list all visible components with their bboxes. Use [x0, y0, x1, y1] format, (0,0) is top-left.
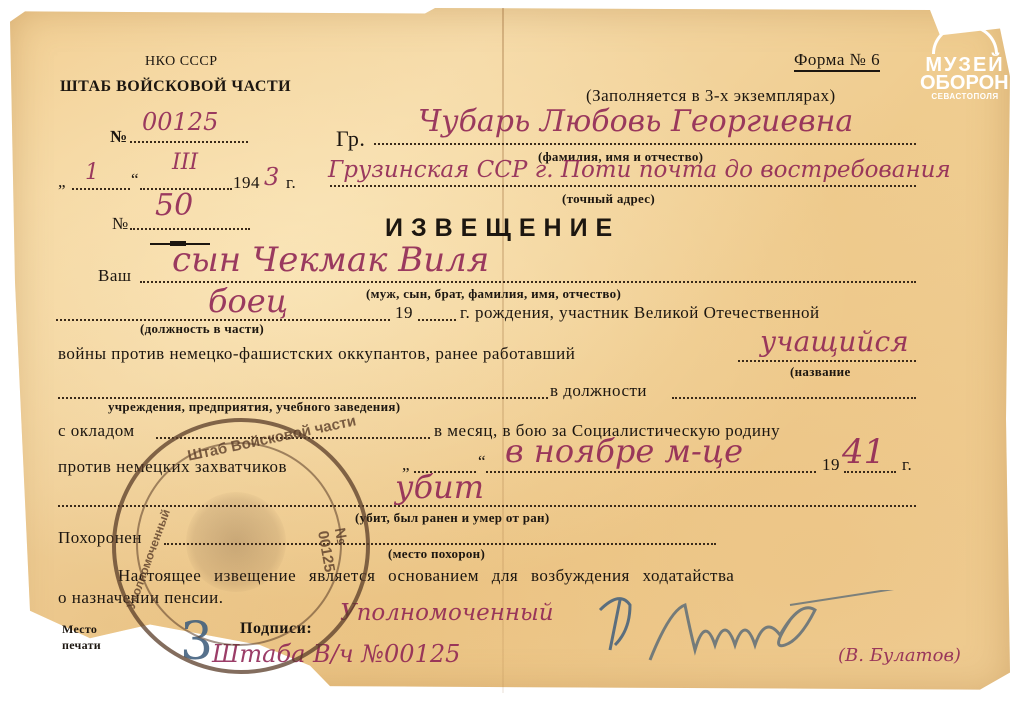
citizen-name-line	[374, 143, 916, 145]
birth-year-line	[418, 319, 456, 321]
stamp-place-line2: печати	[62, 638, 101, 653]
death-month-line	[486, 471, 816, 473]
citizen-label: Гр.	[336, 126, 365, 152]
date-year-prefix: 194	[233, 173, 260, 193]
relation-caption: (муж, сын, брат, фамилия, имя, отчество)	[366, 286, 621, 302]
form-label: Форма № 6	[794, 50, 880, 72]
date-year-suffix: 3	[264, 163, 279, 191]
address-line	[330, 185, 916, 187]
war-text: войны против немецко-фашистских оккупант…	[58, 344, 575, 364]
number-value: 00125	[142, 108, 218, 136]
date-day: 1	[85, 160, 99, 185]
previous-work-line	[738, 360, 916, 362]
header-nko: НКО СССР	[145, 54, 218, 70]
date-close-quote: “	[131, 170, 139, 190]
dome-icon	[932, 25, 998, 54]
address-caption: (точный адрес)	[562, 191, 655, 207]
position-value: боец	[208, 282, 288, 320]
job-position-line	[672, 397, 916, 399]
citizen-name: Чубарь Любовь Георгиевна	[418, 104, 853, 139]
outgoing-number-value: 50	[155, 188, 193, 223]
outgoing-number-label: №	[112, 214, 129, 234]
date-month: III	[172, 150, 198, 175]
position-caption: (должность в части)	[140, 321, 264, 337]
death-year-value: 41	[842, 432, 885, 472]
date-open-quote: „	[58, 172, 66, 192]
header-hq: ШТАБ ВОЙСКОВОЙ ЧАСТИ	[60, 78, 291, 96]
document-title: ИЗВЕЩЕНИЕ	[385, 214, 620, 243]
institution-caption: учреждения, предприятия, учебного заведе…	[108, 399, 400, 415]
number-label: №	[110, 127, 128, 147]
museum-watermark-logo: МУЗЕЙ ОБОРОНЫ СЕВАСТОПОЛЯ	[920, 25, 1010, 110]
signer-title-line1: Уполномоченный	[340, 600, 554, 626]
copies-note: (Заполняется в 3-х экземплярах)	[586, 86, 836, 106]
burial-caption: (место похорон)	[388, 546, 485, 562]
your-label: Ваш	[98, 266, 131, 286]
relation-and-name: сын Чекмак Виля	[172, 240, 489, 280]
number-line	[130, 141, 248, 143]
address-value: Грузинская ССР г. Поти почта до востребо…	[328, 157, 951, 183]
signature-scribble	[590, 590, 990, 670]
date-year-unit: г.	[286, 173, 296, 193]
fate-value: убит	[395, 468, 484, 506]
death-date-value: в ноябре м-це	[505, 432, 743, 470]
stamp-place-line1: Место	[62, 622, 97, 637]
death-year-unit: г.	[902, 455, 912, 475]
previous-work-value: учащийся	[760, 325, 909, 358]
ussr-emblem	[186, 492, 286, 592]
birth-text: г. рождения, участник Великой Отечествен…	[460, 303, 820, 323]
watermark-line3: СЕВАСТОПОЛЯ	[920, 92, 1010, 102]
fate-caption: (убит, был ранен и умер от ран)	[355, 510, 549, 526]
date-day-line	[72, 188, 130, 190]
position-label: в должности	[550, 381, 647, 401]
official-stamp: Штаб Войсковой части № 00125 Уполномочен…	[112, 418, 370, 674]
salary-label: с окладом	[58, 421, 135, 441]
name-caption-start: (название	[790, 364, 851, 380]
outgoing-number-line	[130, 228, 250, 230]
birth-year-prefix: 19	[395, 303, 413, 323]
death-year-prefix: 19	[822, 455, 840, 475]
watermark-line2: ОБОРОНЫ	[920, 74, 1010, 92]
